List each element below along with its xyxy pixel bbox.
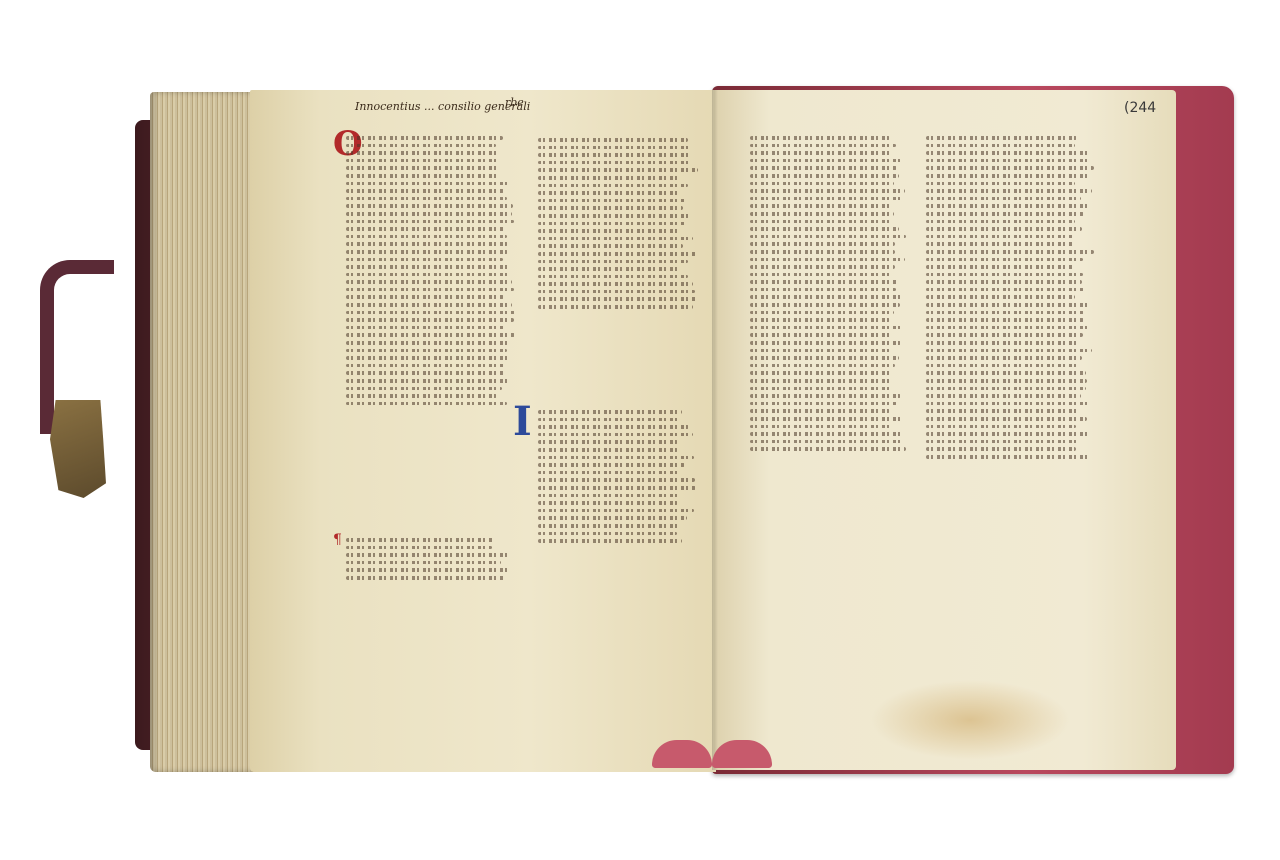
script-line: [538, 418, 680, 422]
script-line: [346, 318, 514, 322]
script-line: [750, 197, 904, 201]
script-line: [750, 258, 905, 262]
script-line: [346, 280, 512, 284]
folio-number: (244: [1124, 100, 1156, 116]
script-line: [346, 258, 503, 262]
script-line: [750, 447, 906, 451]
script-line: [750, 235, 906, 239]
script-line: [346, 333, 515, 337]
script-line: [538, 539, 682, 543]
script-line: [926, 235, 1074, 239]
script-line: [346, 311, 515, 315]
script-line: [926, 144, 1075, 148]
script-line: [538, 501, 678, 505]
script-line: [926, 440, 1077, 444]
script-line: [926, 371, 1086, 375]
script-line: [926, 349, 1092, 353]
script-line: [346, 220, 514, 224]
script-line: [926, 364, 1077, 368]
script-line: [346, 204, 513, 208]
script-line: [926, 258, 1083, 262]
script-line: [346, 364, 505, 368]
script-line: [750, 265, 895, 269]
script-line: [346, 371, 505, 375]
script-line: [926, 303, 1091, 307]
script-line: [926, 387, 1086, 391]
script-line: [750, 318, 890, 322]
script-line: [346, 568, 510, 572]
script-line: [926, 159, 1091, 163]
script-line: [750, 371, 891, 375]
script-line: [538, 260, 688, 264]
script-line: [926, 402, 1091, 406]
script-line: [750, 303, 900, 307]
script-line: [750, 379, 891, 383]
script-line: [750, 288, 896, 292]
script-line: [346, 250, 508, 254]
script-line: [346, 159, 500, 163]
script-line: [538, 297, 697, 301]
script-line: [538, 478, 695, 482]
script-line: [538, 486, 696, 490]
script-line: [346, 212, 512, 216]
text-column-1: [346, 132, 516, 532]
text-column-3: [750, 132, 908, 602]
script-line: [538, 168, 698, 172]
script-line: [346, 136, 503, 140]
script-line: [926, 250, 1094, 254]
metal-clasp: [50, 400, 106, 498]
script-line: [538, 290, 695, 294]
script-line: [538, 448, 678, 452]
script-line: [750, 159, 904, 163]
script-line: [346, 265, 511, 269]
script-line: [750, 394, 901, 398]
script-line: [926, 447, 1076, 451]
script-line: [926, 394, 1081, 398]
script-line: [346, 227, 505, 231]
script-line: [538, 252, 697, 256]
script-line: [346, 295, 504, 299]
script-line: [750, 220, 891, 224]
script-line: [346, 349, 507, 353]
script-line: [538, 237, 693, 241]
script-line: [750, 417, 903, 421]
script-line: [750, 250, 895, 254]
script-line: [926, 197, 1081, 201]
script-line: [538, 463, 685, 467]
script-line: [926, 432, 1091, 436]
script-line: [538, 267, 679, 271]
script-line: [538, 206, 683, 210]
script-line: [538, 214, 691, 218]
script-line: [346, 151, 500, 155]
script-line: [346, 288, 514, 292]
script-line: [750, 440, 904, 444]
script-line: [346, 242, 508, 246]
script-line: [538, 524, 679, 528]
script-line: [926, 273, 1083, 277]
page-edges: [150, 92, 255, 772]
script-line: [538, 199, 686, 203]
script-line: [346, 326, 505, 330]
script-line: [538, 410, 682, 414]
script-line: [926, 265, 1074, 269]
script-line: [346, 166, 500, 170]
script-line: [926, 280, 1082, 284]
script-line: [750, 151, 893, 155]
script-line: [750, 364, 895, 368]
script-line: [926, 136, 1077, 140]
script-line: [926, 151, 1090, 155]
script-line: [346, 197, 507, 201]
script-line: [926, 242, 1074, 246]
script-line: [538, 425, 689, 429]
text-column-1b: [346, 534, 511, 604]
script-line: [538, 222, 686, 226]
script-line: [346, 394, 497, 398]
script-line: [538, 471, 681, 475]
script-line: [926, 333, 1083, 337]
script-line: [346, 182, 508, 186]
script-line: [750, 189, 905, 193]
script-line: [750, 144, 896, 148]
script-line: [926, 326, 1088, 330]
script-line: [538, 138, 688, 142]
text-column-2b: [538, 406, 696, 604]
script-line: [926, 212, 1084, 216]
script-line: [926, 227, 1082, 231]
script-line: [926, 356, 1082, 360]
script-line: [346, 189, 504, 193]
script-line: [538, 456, 694, 460]
text-column-4: [926, 132, 1094, 612]
script-line: [346, 341, 510, 345]
script-line: [538, 305, 693, 309]
paragraph-mark: ¶: [333, 532, 342, 548]
script-line: [538, 229, 681, 233]
script-line: [750, 174, 899, 178]
script-line: [926, 220, 1075, 224]
script-line: [926, 318, 1084, 322]
script-line: [750, 227, 899, 231]
script-line: [346, 561, 501, 565]
script-line: [538, 433, 693, 437]
script-line: [750, 349, 890, 353]
script-line: [538, 176, 680, 180]
text-column-2: [538, 134, 698, 396]
script-line: [750, 166, 897, 170]
script-line: [538, 153, 690, 157]
script-line: [926, 182, 1075, 186]
script-line: [750, 425, 893, 429]
script-line: [346, 356, 511, 360]
script-line: [926, 311, 1084, 315]
script-line: [538, 191, 679, 195]
script-line: [538, 282, 693, 286]
script-line: [926, 166, 1094, 170]
header-mark: rbe: [505, 96, 524, 109]
manuscript-photo: Innocentius ... consilio generali rbe (2…: [0, 0, 1280, 860]
script-line: [750, 341, 901, 345]
script-line: [750, 204, 893, 208]
script-line: [346, 379, 510, 383]
script-line: [926, 174, 1089, 178]
script-line: [926, 455, 1091, 459]
script-line: [750, 242, 895, 246]
script-line: [926, 295, 1075, 299]
script-line: [538, 146, 692, 150]
script-line: [926, 417, 1087, 421]
script-line: [750, 136, 890, 140]
script-line: [346, 546, 492, 550]
script-line: [926, 204, 1090, 208]
script-line: [346, 538, 494, 542]
script-line: [538, 509, 694, 513]
script-line: [538, 161, 691, 165]
script-line: [750, 311, 894, 315]
script-line: [750, 409, 890, 413]
script-line: [750, 432, 902, 436]
script-line: [926, 189, 1092, 193]
script-line: [346, 387, 502, 391]
script-line: [346, 144, 496, 148]
script-line: [538, 494, 680, 498]
script-line: [538, 275, 688, 279]
script-line: [750, 212, 894, 216]
gutter-shadow: [712, 90, 718, 770]
script-line: [346, 576, 505, 580]
script-line: [538, 440, 678, 444]
script-line: [750, 333, 893, 337]
script-line: [926, 409, 1079, 413]
script-line: [346, 553, 509, 557]
water-stain: [870, 680, 1070, 760]
script-line: [750, 387, 893, 391]
script-line: [750, 280, 898, 284]
script-line: [926, 341, 1078, 345]
script-line: [538, 532, 677, 536]
script-line: [750, 182, 894, 186]
script-line: [750, 295, 903, 299]
script-line: [926, 425, 1076, 429]
script-line: [750, 273, 892, 277]
script-line: [346, 174, 498, 178]
script-line: [538, 244, 683, 248]
script-line: [750, 356, 899, 360]
script-line: [926, 288, 1084, 292]
running-header: Innocentius ... consilio generali: [355, 100, 530, 113]
script-line: [538, 184, 688, 188]
script-line: [346, 235, 507, 239]
script-line: [926, 379, 1087, 383]
script-line: [346, 402, 507, 406]
script-line: [750, 402, 897, 406]
script-line: [750, 326, 904, 330]
script-line: [346, 303, 512, 307]
script-line: [538, 516, 687, 520]
script-line: [346, 273, 509, 277]
